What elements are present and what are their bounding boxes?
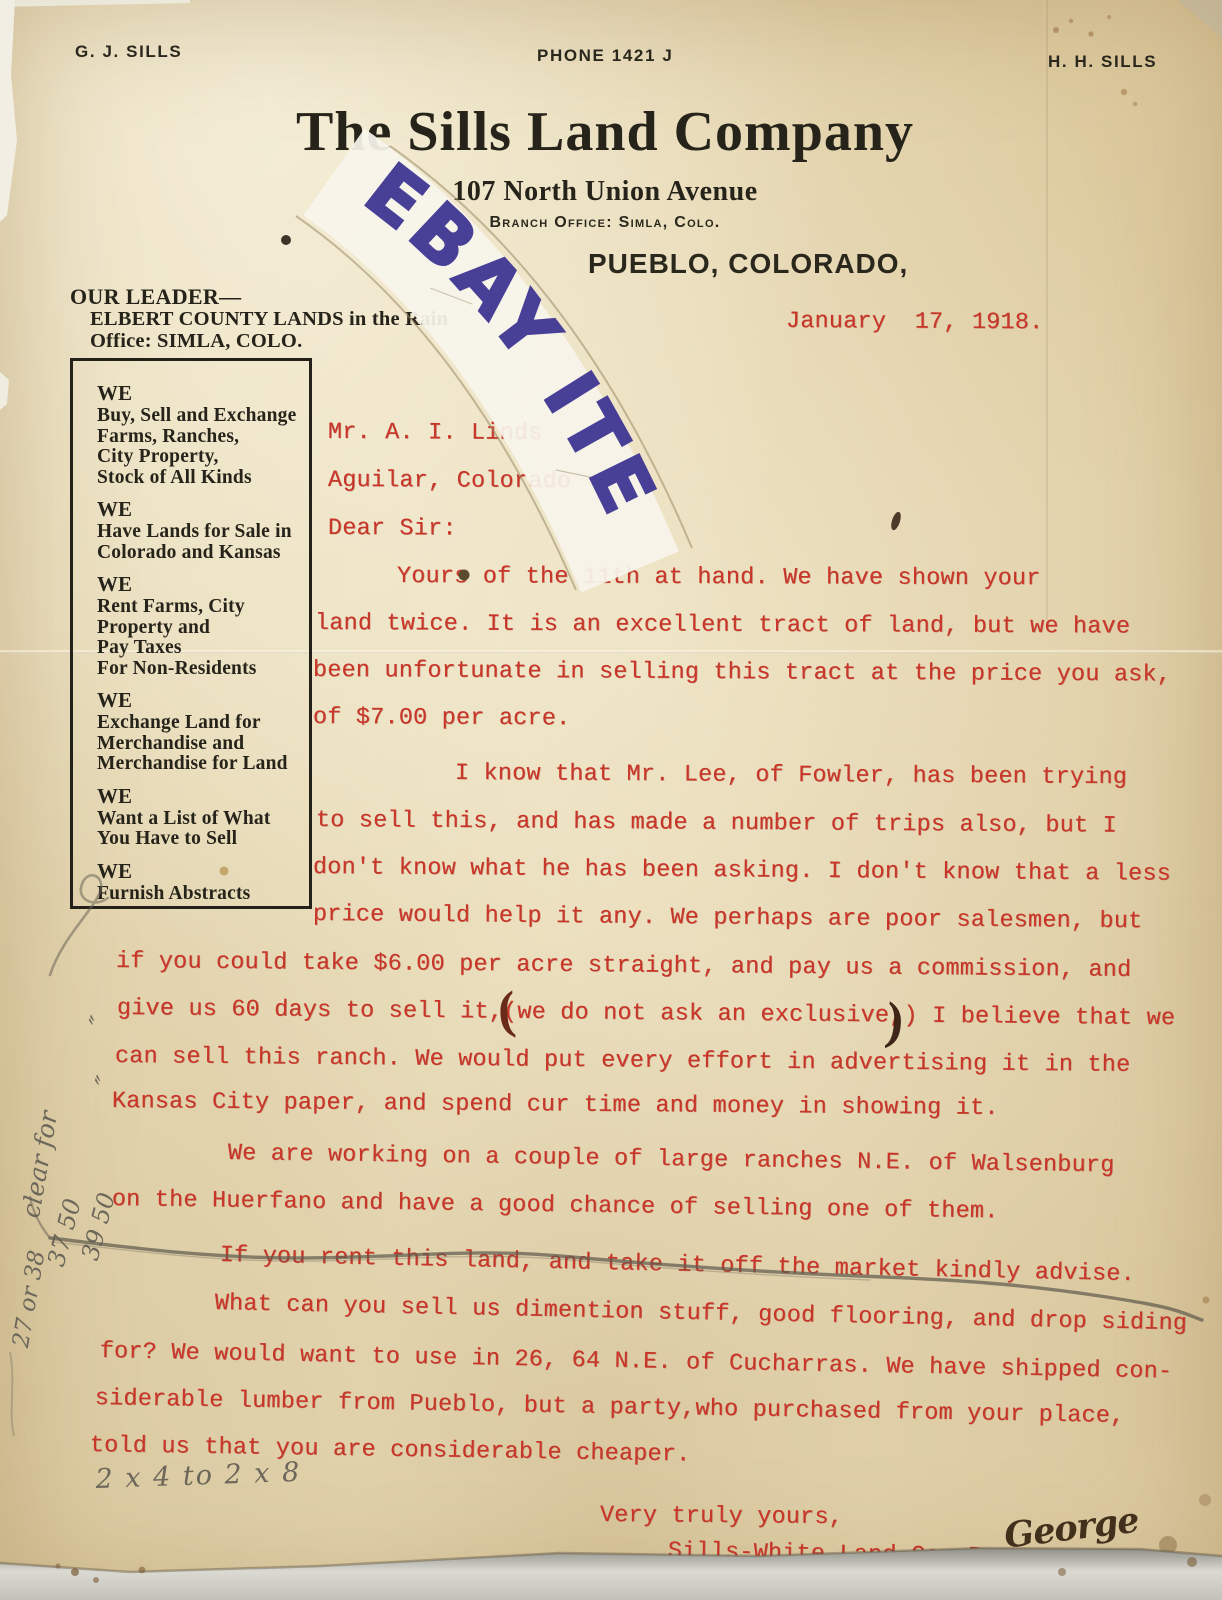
body-line: Kansas City paper, and spend cur time an… xyxy=(112,1088,999,1122)
services-box: WE Buy, Sell and Exchange Farms, Ranches… xyxy=(70,358,312,909)
leader-line2: Office: SIMLA, COLO. xyxy=(90,330,302,353)
services-item-5: Want a List of What You Have to Sell xyxy=(97,809,303,850)
body-line: don't know what he has been asking. I do… xyxy=(313,854,1171,888)
body-line: if you could take $6.00 per acre straigh… xyxy=(116,948,1132,984)
services-we-1: WE xyxy=(97,381,303,406)
leader-heading: OUR LEADER— xyxy=(70,284,241,310)
street-address: 107 North Union Avenue xyxy=(0,176,1210,208)
body-line: for? We would want to use in 26, 64 N.E.… xyxy=(99,1338,1172,1386)
services-item-4: Exchange Land for Merchandise and Mercha… xyxy=(97,713,303,775)
closing: Very truly yours, xyxy=(600,1502,843,1531)
leader-line1: ELBERT COUNTY LANDS in the Rain xyxy=(90,308,448,331)
body-line: I know that Mr. Lee, of Fowler, has been… xyxy=(455,760,1127,791)
pencil-lumber-note: 2 x 4 to 2 x 8 xyxy=(95,1457,302,1495)
branch-office-line: Branch Office: Simla, Colo. xyxy=(0,214,1210,232)
phone-number: PHONE 1421 J xyxy=(537,46,673,66)
services-item-2: Have Lands for Sale in Colorado and Kans… xyxy=(97,522,303,563)
sticker-pin-top xyxy=(281,235,291,245)
salutation: Dear Sir: xyxy=(328,515,457,543)
pencil-ditto-mark-1: ″ xyxy=(84,1013,116,1032)
pencil-margin-flourish xyxy=(10,875,108,1436)
letter-date: January 17, 1918. xyxy=(786,308,1044,336)
services-we-4: WE xyxy=(97,688,303,713)
handwritten-paren-open: ( xyxy=(496,980,517,1040)
body-line: on the Huerfano and have a good chance o… xyxy=(112,1186,999,1225)
services-we-3: WE xyxy=(97,572,303,597)
pencil-ditto-mark-2: ″ xyxy=(90,1073,122,1092)
body-line: of $7.00 per acre. xyxy=(313,704,571,732)
agent-name-left: G. J. SILLS xyxy=(75,42,182,62)
city-line: PUEBLO, COLORADO, xyxy=(588,248,908,280)
services-we-6: WE xyxy=(97,859,303,884)
services-we-2: WE xyxy=(97,497,303,522)
body-line: to sell this, and has made a number of t… xyxy=(316,807,1117,840)
services-item-3: Rent Farms, City Property and Pay Taxes … xyxy=(97,597,303,679)
vertical-fold-crease xyxy=(1045,0,1048,620)
body-line: land twice. It is an excellent tract of … xyxy=(315,610,1130,641)
body-line: price would help it any. We perhaps are … xyxy=(313,901,1143,935)
handwritten-paren-close: ) xyxy=(883,991,906,1051)
pencil-price-note-3: 27 or 38 xyxy=(8,1248,51,1349)
pencil-price-note-2: 39 50 xyxy=(76,1190,121,1264)
body-line: been unfortunate in selling this tract a… xyxy=(313,657,1171,688)
body-line: We are working on a couple of large ranc… xyxy=(228,1140,1115,1179)
recipient-name: Mr. A. I. Linds xyxy=(328,419,543,447)
body-line: What can you sell us dimention stuff, go… xyxy=(214,1290,1187,1337)
services-we-5: WE xyxy=(97,784,303,809)
services-item-6: Furnish Abstracts xyxy=(97,884,303,905)
body-line: siderable lumber from Pueblo, but a part… xyxy=(95,1385,1125,1430)
scanned-letter-page: G. J. SILLS PHONE 1421 J H. H. SILLS The… xyxy=(0,0,1222,1600)
handwritten-signature: George Rich xyxy=(1002,1489,1222,1597)
body-line: give us 60 days to sell it,(we do not as… xyxy=(117,995,1176,1032)
body-line: can sell this ranch. We would put every … xyxy=(115,1043,1131,1079)
agent-name-right: H. H. SILLS xyxy=(1048,52,1157,72)
body-line: If you rent this land, and take it off t… xyxy=(219,1242,1135,1288)
body-line: Yours of the 11th at hand. We have shown… xyxy=(397,563,1041,592)
pencil-margin-word: clear for xyxy=(16,1109,63,1220)
company-by-line: Sills-White Land Co. By xyxy=(668,1538,997,1571)
company-name: The Sills Land Company xyxy=(0,100,1210,164)
services-item-1: Buy, Sell and Exchange Farms, Ranches, C… xyxy=(97,406,303,488)
recipient-city: Aguilar, Colorado xyxy=(328,467,571,495)
